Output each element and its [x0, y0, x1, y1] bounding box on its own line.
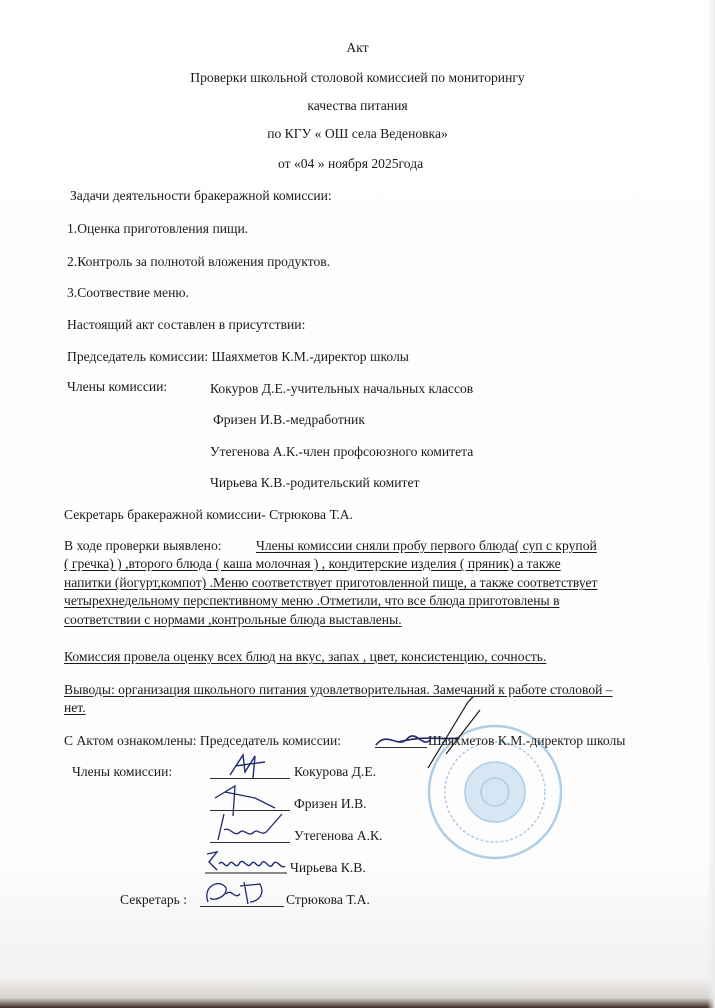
member-1: Кокуров Д.Е.-учительных начальных классо…: [210, 382, 473, 396]
chairman-signature: [368, 690, 488, 770]
conclusion-line-2: нет.: [64, 701, 86, 715]
document-subtitle-line1: Проверки школьной столовой комиссией по …: [0, 71, 715, 85]
member-signature-3: [210, 808, 290, 848]
ack-member-1: Кокурова Д.Е.: [294, 765, 376, 779]
ack-members-label: Члены комиссии:: [72, 765, 172, 779]
chairman-line: Председатель комиссии: Шаяхметов К.М.-ди…: [67, 350, 409, 364]
organization-name: по КГУ « ОШ села Веденовка»: [0, 127, 715, 141]
ack-member-4: Чирьева К.В.: [290, 861, 366, 875]
findings-line-1: Члены комиссии сняли пробу первого блюда…: [256, 539, 597, 553]
task-item-2: 2.Контроль за полнотой вложения продукто…: [67, 255, 330, 269]
findings-line-3: напитки (йогурт,компот) .Меню соответств…: [64, 576, 597, 590]
member-2: Фризен И.В.-медработник: [213, 413, 365, 427]
findings-line-4: четырехнедельному перспективному меню .О…: [64, 594, 560, 608]
ack-member-2: Фризен И.В.: [294, 797, 367, 811]
members-label: Члены комиссии:: [67, 380, 167, 394]
evaluation-line: Комиссия провела оценку всех блюд на вку…: [64, 650, 546, 664]
task-item-1: 1.Оценка приготовления пищи.: [67, 222, 248, 236]
document-page: [0, 0, 715, 1008]
findings-line-2: ( гречка) ) ,второго блюда ( каша молочн…: [64, 557, 561, 571]
document-title: Акт: [0, 41, 715, 55]
presence-intro: Настоящий акт составлен в присутствии:: [67, 318, 305, 332]
document-date: от «04 » ноября 2025года: [278, 157, 423, 171]
ack-secretary-label: Секретарь :: [120, 893, 187, 907]
ack-secretary: Стрюкова Т.А.: [286, 893, 370, 907]
member-signature-4: [203, 846, 288, 876]
ack-chairman: Шаяхметов К.М.-директор школы: [428, 734, 625, 748]
findings-line-5: соответствии с нормами ,контрольные блюд…: [64, 613, 402, 627]
ack-member-3: Утегенова А.К.: [294, 829, 382, 843]
secretary-signature: [200, 876, 270, 908]
ack-intro: С Актом ознакомлены: Председатель комисс…: [64, 734, 341, 748]
tasks-heading: Задачи деятельности бракеражной комиссии…: [70, 189, 332, 203]
task-item-3: 3.Соотвествие меню.: [67, 286, 189, 300]
conclusion-line-1: Выводы: организация школьного питания уд…: [64, 683, 613, 697]
secretary-line: Секретарь бракеражной комиссии- Стрюкова…: [64, 508, 353, 522]
member-4: Чирьева К.В.-родительский комитет: [210, 476, 419, 490]
page-edge-shadow: [707, 0, 715, 1008]
findings-label: В ходе проверки выявлено:: [64, 539, 222, 553]
document-subtitle-line2: качества питания: [0, 99, 715, 113]
member-3: Утегенова А.К.-член профсоюзного комитет…: [210, 445, 473, 459]
